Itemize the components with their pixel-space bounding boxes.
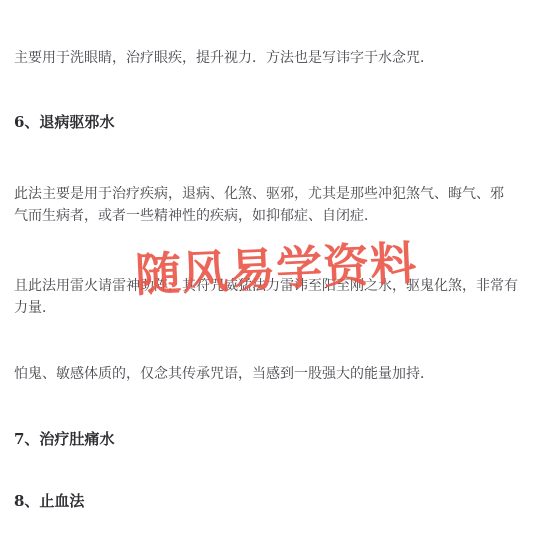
heading-line: 6、退病驱邪水 bbox=[14, 111, 545, 133]
paragraph-line: 且此法用雷火请雷神助阵，其符咒威猛法力雷讳至阳至刚之水，驱鬼化煞，非常有 bbox=[14, 275, 545, 297]
paragraph-eye-wash: 主要用于洗眼睛，治疗眼疾，提升视力．方法也是写讳字于水念咒． bbox=[14, 47, 545, 69]
paragraph-line: 力量． bbox=[14, 297, 545, 319]
heading-line: 8、止血法 bbox=[14, 490, 545, 512]
document-body: 主要用于洗眼睛，治疗眼疾，提升视力．方法也是写讳字于水念咒． 6、退病驱邪水 此… bbox=[0, 0, 555, 512]
heading-section-8: 8、止血法 bbox=[14, 490, 545, 512]
heading-section-6: 6、退病驱邪水 bbox=[14, 111, 545, 133]
paragraph-chant-blessing: 怕鬼、敏感体质的，仅念其传承咒语，当感到一股强大的能量加持． bbox=[14, 363, 545, 385]
paragraph-line: 怕鬼、敏感体质的，仅念其传承咒语，当感到一股强大的能量加持． bbox=[14, 363, 545, 385]
paragraph-line: 此法主要是用于治疗疾病，退病、化煞、驱邪，尤其是那些冲犯煞气、晦气、邪 bbox=[14, 183, 545, 205]
paragraph-line: 主要用于洗眼睛，治疗眼疾，提升视力．方法也是写讳字于水念咒． bbox=[14, 47, 545, 69]
paragraph-line: 气而生病者，或者一些精神性的疾病，如抑郁症、自闭症． bbox=[14, 205, 545, 227]
heading-line: 7、治疗肚痛水 bbox=[14, 428, 545, 450]
document-page: 主要用于洗眼睛，治疗眼疾，提升视力．方法也是写讳字于水念咒． 6、退病驱邪水 此… bbox=[0, 0, 555, 542]
paragraph-illness-exorcism: 此法主要是用于治疗疾病，退病、化煞、驱邪，尤其是那些冲犯煞气、晦气、邪 气而生病… bbox=[14, 183, 545, 227]
heading-section-7: 7、治疗肚痛水 bbox=[14, 428, 545, 450]
paragraph-thunder-method: 且此法用雷火请雷神助阵，其符咒威猛法力雷讳至阳至刚之水，驱鬼化煞，非常有 力量． bbox=[14, 275, 545, 319]
